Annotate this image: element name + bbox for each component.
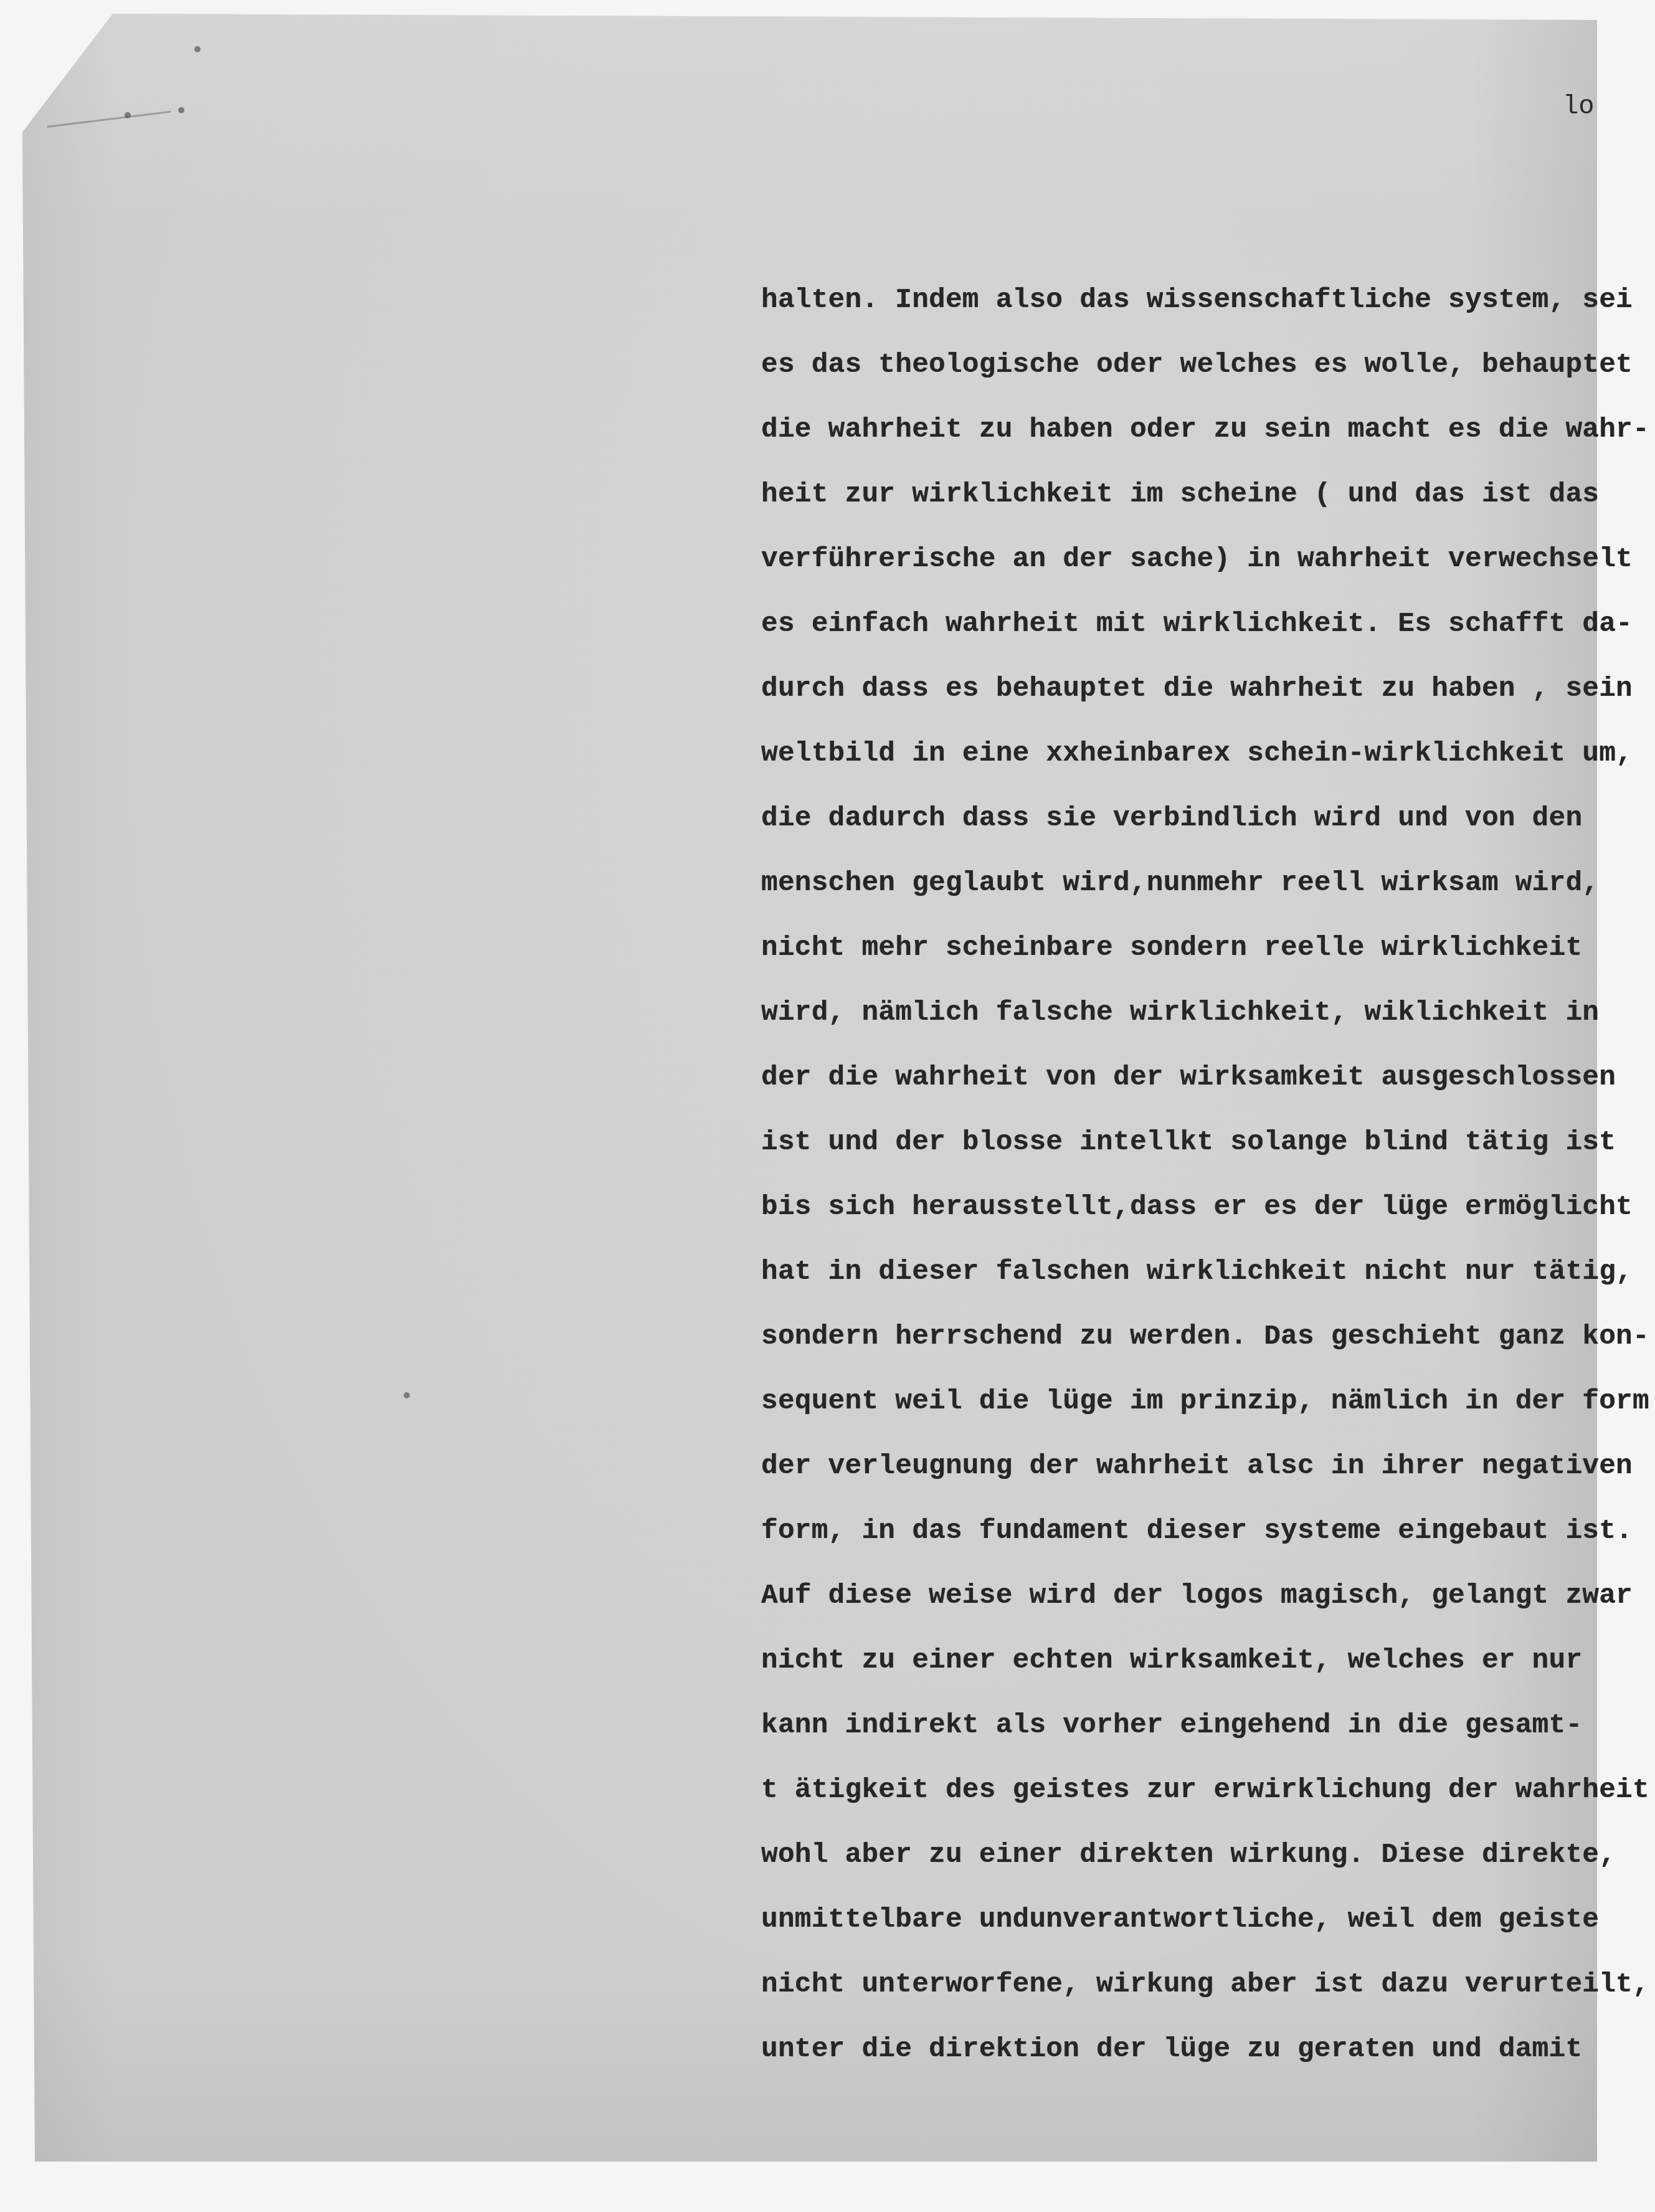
- text-line: t ätigkeit des geistes zur erwirklichung…: [761, 1758, 1633, 1823]
- text-line: es das theologische oder welches es woll…: [761, 333, 1633, 397]
- text-line: wohl aber zu einer direkten wirkung. Die…: [761, 1823, 1633, 1887]
- text-line: ist und der blosse intellkt solange blin…: [761, 1110, 1633, 1175]
- text-line: nicht mehr scheinbare sondern reelle wir…: [761, 916, 1633, 980]
- text-line-with-strikeout: weltbild in eine xxheinbarex schein-wirk…: [761, 721, 1633, 786]
- paper-speck: [194, 46, 201, 52]
- paper-speck: [178, 107, 184, 113]
- text-line: unmittelbare undunverantwortliche, weil …: [761, 1887, 1633, 1952]
- text-line: nicht unterworfene, wirkung aber ist daz…: [761, 1952, 1633, 2017]
- text-line: es einfach wahrheit mit wirklichkeit. Es…: [761, 592, 1633, 657]
- text-line: der die wahrheit von der wirksamkeit aus…: [761, 1045, 1633, 1110]
- text-line: bis sich herausstellt,dass er es der lüg…: [761, 1175, 1633, 1240]
- text-line: unter die direktion der lüge zu geraten …: [761, 2017, 1633, 2082]
- typescript-body: halten. Indem also das wissenschaftliche…: [761, 268, 1633, 2082]
- text-line: verführerische an der sache) in wahrheit…: [761, 527, 1633, 592]
- text-line: die wahrheit zu haben oder zu sein macht…: [761, 397, 1633, 462]
- text-line: halten. Indem also das wissenschaftliche…: [761, 268, 1633, 333]
- text-line: menschen geglaubt wird,nunmehr reell wir…: [761, 851, 1633, 916]
- text-line: kann indirekt als vorher eingehend in di…: [761, 1693, 1633, 1758]
- page-number: lo: [1563, 92, 1594, 121]
- text-line: form, in das fundament dieser systeme ei…: [761, 1499, 1633, 1564]
- text-line: nicht zu einer echten wirksamkeit, welch…: [761, 1628, 1633, 1693]
- text-line: sequent weil die lüge im prinzip, nämlic…: [761, 1369, 1633, 1434]
- text-line: heit zur wirklichkeit im scheine ( und d…: [761, 462, 1633, 527]
- paper-speck: [404, 1392, 410, 1398]
- text-line: hat in dieser falschen wirklichkeit nich…: [761, 1240, 1633, 1304]
- scanned-page-background: lo halten. Indem also das wissenschaftli…: [0, 0, 1655, 2212]
- corner-crease: [47, 111, 171, 128]
- paper-speck: [125, 112, 131, 118]
- text-line: durch dass es behauptet die wahrheit zu …: [761, 657, 1633, 721]
- text-line: sondern herrschend zu werden. Das geschi…: [761, 1304, 1633, 1369]
- text-line: Auf diese weise wird der logos magisch, …: [761, 1564, 1633, 1628]
- text-line: wird, nämlich falsche wirklichkeit, wikl…: [761, 980, 1633, 1045]
- text-line: die dadurch dass sie verbindlich wird un…: [761, 786, 1633, 851]
- text-line: der verleugnung der wahrheit alsc in ihr…: [761, 1434, 1633, 1499]
